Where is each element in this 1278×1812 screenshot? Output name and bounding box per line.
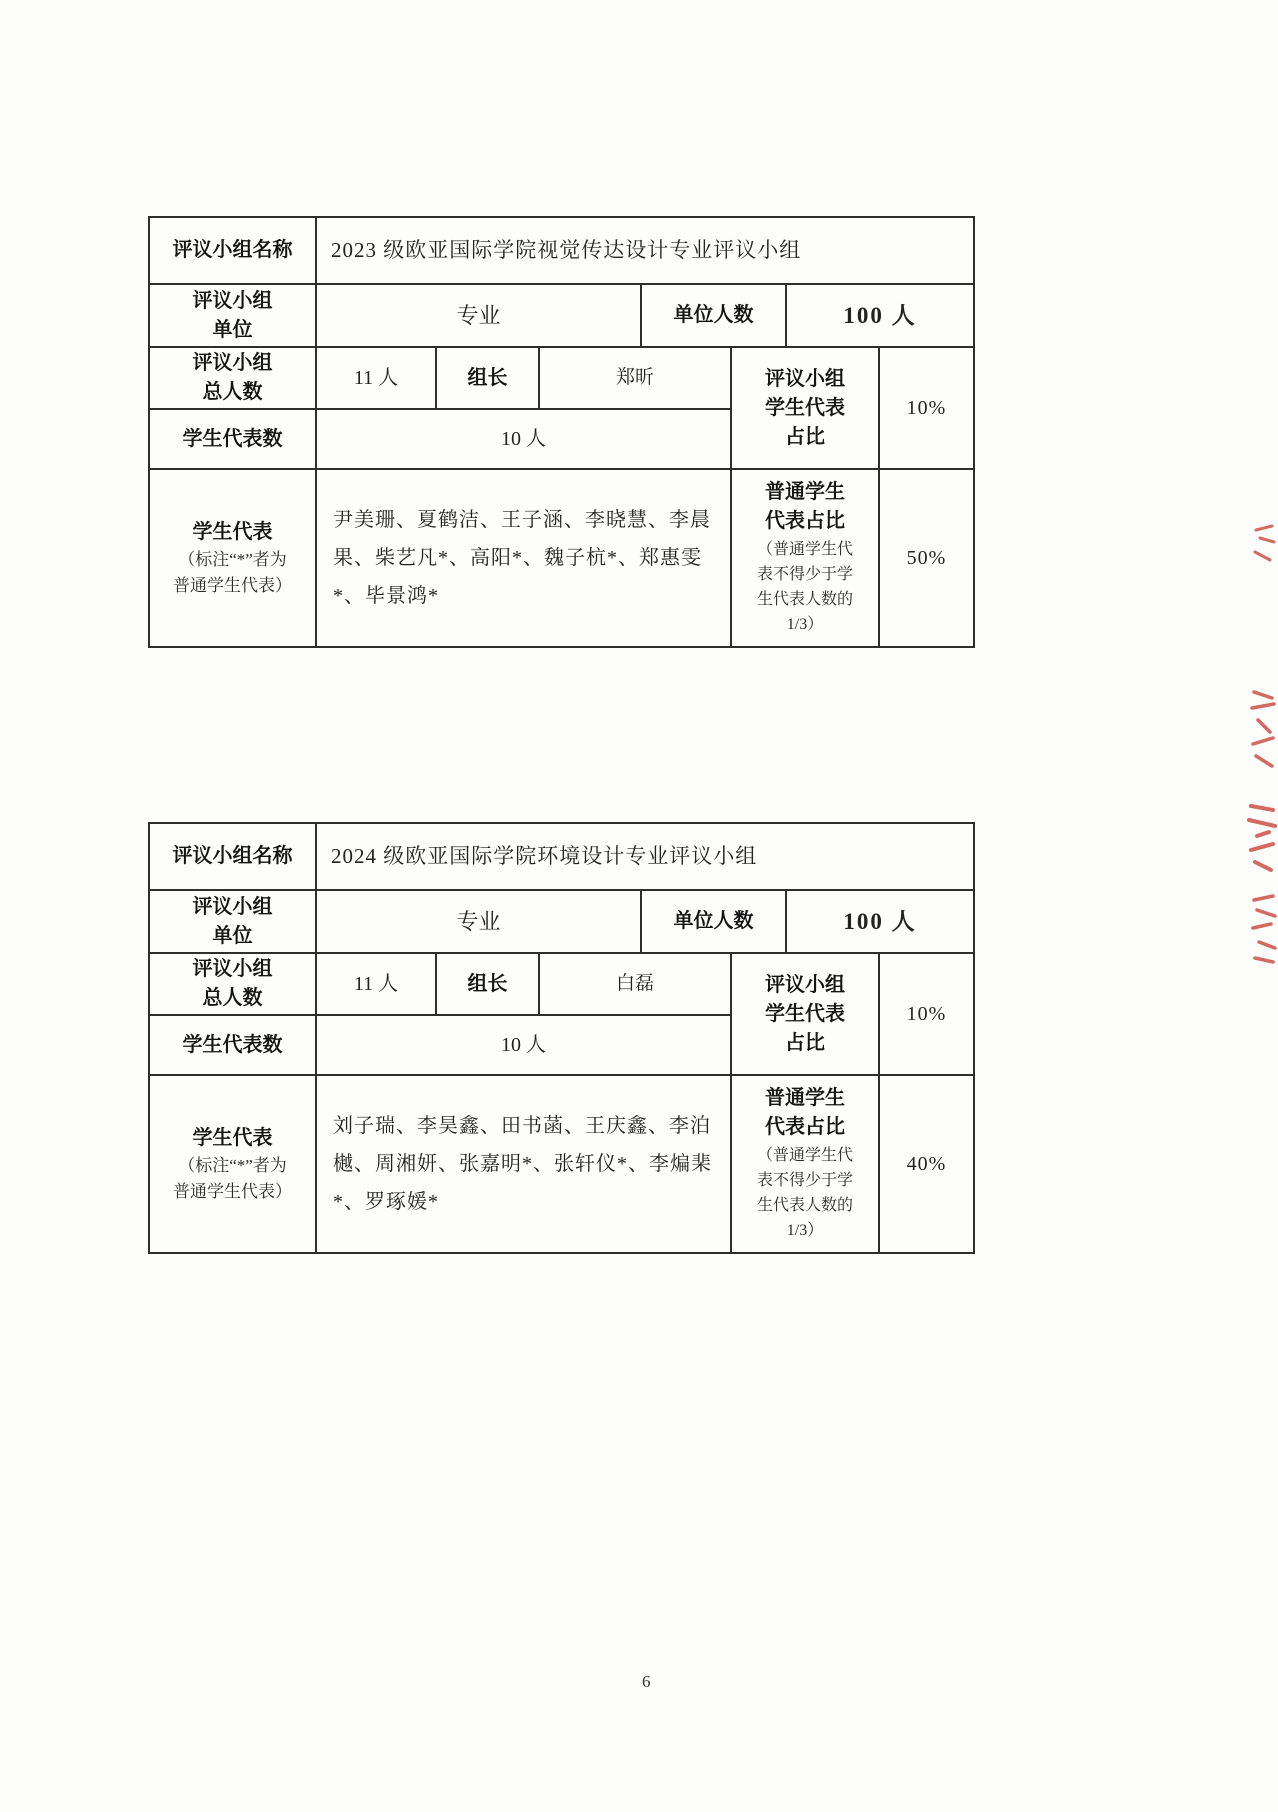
group-total-label: 评议小组 总人数	[193, 955, 273, 1013]
group-unit-value-cell: 专业	[317, 285, 642, 348]
rep-count-value-cell: 10 人	[317, 1016, 732, 1076]
unit-count-label-cell: 单位人数	[642, 285, 787, 348]
ordinary-ratio-label: 普通学生 代表占比	[765, 1084, 845, 1142]
student-reps-note: （标注“*”者为 普通学生代表）	[173, 547, 292, 598]
student-reps-label: 学生代表	[193, 1124, 273, 1153]
unit-count-label: 单位人数	[674, 907, 754, 936]
ordinary-ratio-value-cell: 40%	[880, 1076, 973, 1252]
group-name-label: 评议小组名称	[173, 236, 293, 265]
student-ratio-label: 评议小组 学生代表 占比	[765, 365, 845, 452]
ordinary-ratio-value: 40%	[907, 1150, 947, 1179]
group-unit-label-cell: 评议小组 单位	[150, 285, 317, 348]
leader-name: 郑昕	[616, 364, 654, 392]
student-reps-label-cell: 学生代表 （标注“*”者为 普通学生代表）	[150, 1076, 317, 1252]
review-group-table-2024: 评议小组名称 2024 级欧亚国际学院环境设计专业评议小组 评议小组 单位 专业…	[148, 822, 975, 1254]
student-ratio-label-cell: 评议小组 学生代表 占比	[732, 348, 880, 470]
group-total-label: 评议小组 总人数	[193, 349, 273, 407]
rep-count-label: 学生代表数	[183, 1031, 283, 1060]
group-name-value-cell: 2023 级欧亚国际学院视觉传达设计专业评议小组	[317, 218, 973, 285]
leader-label-cell: 组长	[437, 348, 540, 410]
rep-count-label-cell: 学生代表数	[150, 410, 317, 470]
ordinary-ratio-label-cell: 普通学生 代表占比 （普通学生代 表不得少于学 生代表人数的 1/3）	[732, 1076, 880, 1252]
group-unit-value-cell: 专业	[317, 891, 642, 954]
student-ratio-value-cell: 10%	[880, 954, 973, 1076]
leader-label-cell: 组长	[437, 954, 540, 1016]
red-ink-fragment	[1252, 522, 1278, 568]
student-reps-names-cell: 尹美珊、夏鹤洁、王子涵、李晓慧、李晨果、柴艺凡*、高阳*、魏子杭*、郑惠雯*、毕…	[317, 470, 732, 646]
review-group-table-2023: 评议小组名称 2023 级欧亚国际学院视觉传达设计专业评议小组 评议小组 单位 …	[148, 216, 975, 648]
ordinary-ratio-note: （普通学生代 表不得少于学 生代表人数的 1/3）	[757, 1144, 853, 1243]
rep-count-value: 10 人	[501, 1031, 546, 1060]
student-reps-names-cell: 刘子瑞、李昊鑫、田书菡、王庆鑫、李泊樾、周湘妍、张嘉明*、张轩仪*、李煸棐 *、…	[317, 1076, 732, 1252]
group-name-value: 2023 级欧亚国际学院视觉传达设计专业评议小组	[331, 235, 801, 265]
unit-count-value-cell: 100 人	[787, 285, 973, 348]
group-total-value-cell: 11 人	[317, 348, 437, 410]
student-reps-names: 尹美珊、夏鹤洁、王子涵、李晓慧、李晨果、柴艺凡*、高阳*、魏子杭*、郑惠雯*、毕…	[333, 501, 714, 615]
student-ratio-label: 评议小组 学生代表 占比	[765, 971, 845, 1058]
page-number: 6	[642, 1672, 651, 1692]
student-reps-note: （标注“*”者为 普通学生代表）	[173, 1153, 292, 1204]
leader-label: 组长	[468, 970, 508, 999]
student-ratio-label-cell: 评议小组 学生代表 占比	[732, 954, 880, 1076]
group-total-label-cell: 评议小组 总人数	[150, 954, 317, 1016]
group-total-label-cell: 评议小组 总人数	[150, 348, 317, 410]
group-name-label-cell: 评议小组名称	[150, 824, 317, 891]
unit-count-label: 单位人数	[674, 301, 754, 330]
student-ratio-value: 10%	[907, 1000, 947, 1029]
group-unit-value: 专业	[456, 300, 500, 332]
student-reps-names: 刘子瑞、李昊鑫、田书菡、王庆鑫、李泊樾、周湘妍、张嘉明*、张轩仪*、李煸棐 *、…	[333, 1107, 714, 1221]
leader-name: 白磊	[616, 970, 654, 998]
leader-name-cell: 白磊	[540, 954, 732, 1016]
group-unit-label: 评议小组 单位	[193, 893, 273, 951]
student-reps-label: 学生代表	[193, 518, 273, 547]
ordinary-ratio-note: （普通学生代 表不得少于学 生代表人数的 1/3）	[757, 538, 853, 637]
group-total-value-cell: 11 人	[317, 954, 437, 1016]
group-name-value: 2024 级欧亚国际学院环境设计专业评议小组	[331, 841, 757, 871]
group-unit-value: 专业	[456, 906, 500, 938]
unit-count-label-cell: 单位人数	[642, 891, 787, 954]
red-ink-fragment	[1248, 686, 1278, 776]
unit-count-value: 100 人	[843, 299, 916, 332]
rep-count-value-cell: 10 人	[317, 410, 732, 470]
group-name-label: 评议小组名称	[173, 842, 293, 871]
group-total-value: 11 人	[354, 970, 398, 999]
scanned-document-page: 评议小组名称 2023 级欧亚国际学院视觉传达设计专业评议小组 评议小组 单位 …	[0, 0, 1278, 1812]
group-total-value: 11 人	[354, 364, 398, 393]
red-ink-fragment	[1245, 800, 1278, 880]
student-ratio-value: 10%	[907, 394, 947, 423]
student-reps-label-cell: 学生代表 （标注“*”者为 普通学生代表）	[150, 470, 317, 646]
leader-name-cell: 郑昕	[540, 348, 732, 410]
group-name-label-cell: 评议小组名称	[150, 218, 317, 285]
ordinary-ratio-label-cell: 普通学生 代表占比 （普通学生代 表不得少于学 生代表人数的 1/3）	[732, 470, 880, 646]
ordinary-ratio-value-cell: 50%	[880, 470, 973, 646]
group-unit-label: 评议小组 单位	[193, 287, 273, 345]
unit-count-value-cell: 100 人	[787, 891, 973, 954]
ordinary-ratio-value: 50%	[907, 544, 947, 573]
ordinary-ratio-label: 普通学生 代表占比	[765, 478, 845, 536]
leader-label: 组长	[468, 364, 508, 393]
unit-count-value: 100 人	[843, 905, 916, 938]
rep-count-label: 学生代表数	[183, 425, 283, 454]
red-ink-fragment	[1249, 892, 1278, 968]
group-unit-label-cell: 评议小组 单位	[150, 891, 317, 954]
group-name-value-cell: 2024 级欧亚国际学院环境设计专业评议小组	[317, 824, 973, 891]
rep-count-label-cell: 学生代表数	[150, 1016, 317, 1076]
student-ratio-value-cell: 10%	[880, 348, 973, 470]
rep-count-value: 10 人	[501, 425, 546, 454]
